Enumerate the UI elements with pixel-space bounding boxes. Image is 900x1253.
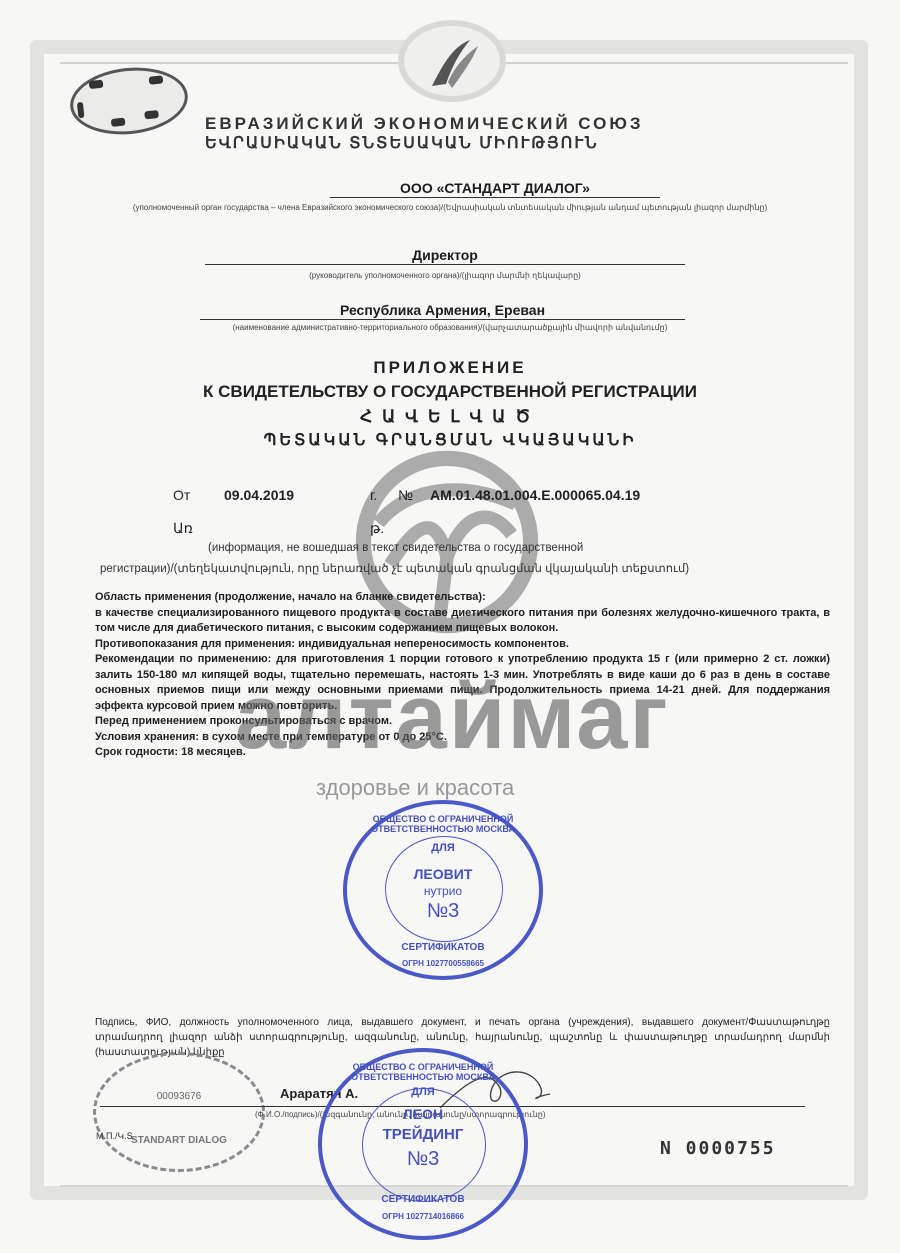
authority-organization: ООО «СТАНДАРТ ДИАЛОГ» [330,180,660,196]
form-serial-number: N 0000755 [660,1138,776,1159]
info-line-1: (информация, не вошедшая в текст свидете… [208,542,583,554]
watermark-brand: алтаймаг [235,672,670,762]
annex-title-hy: ՀԱՎԵԼՎԱԾ [0,407,900,427]
authority-location-note: (наименование административно-территориа… [110,322,790,334]
union-title-hy: ԵՎՐԱՍԻԱԿԱՆ ՏՆՏԵՍԱԿԱՆ ՄԻՈՒԹՅՈՒՆ [205,133,599,153]
authority-position: Директор [205,247,685,263]
seal-label: М.П./Կ.Տ. [96,1131,135,1142]
from-label-hy: Առ [173,520,193,537]
authority-position-note: (руководитель уполномоченного органа)/(լ… [205,270,685,282]
stamp-leon-trading: ОБЩЕСТВО С ОГРАНИЧЕННОЙ ОТВЕТСТВЕННОСТЬЮ… [318,1048,528,1240]
annex-title: ПРИЛОЖЕНИЕ [0,358,900,378]
union-title-ru: ЕВРАЗИЙСКИЙ ЭКОНОМИЧЕСКИЙ СОЮЗ [205,114,644,134]
annex-subtitle-ru: К СВИДЕТЕЛЬСТВУ О ГОСУДАРСТВЕННОЙ РЕГИСТ… [0,382,900,402]
registration-number: AM.01.48.01.004.E.000065.04.19 [430,487,640,503]
number-label: № [398,487,413,503]
authority-location: Республика Армения, Ереван [200,302,685,318]
watermark-tagline: здоровье и красота [316,775,514,801]
authority-organization-note: (уполномоченный орган государства – член… [75,202,825,214]
from-label-ru: От [173,487,190,503]
info-line-2: регистрации)/(տեղեկատվություն, որը ներառ… [100,561,689,575]
contraindications: Противопоказания для применения: индивид… [95,637,830,653]
signature-instructions: Подпись, ФИО, должность уполномоченного … [95,1015,830,1060]
year-suffix-ru: г. [370,487,377,503]
scope-text: в качестве специализированного пищевого … [95,606,830,637]
year-suffix-hy: թ. [370,520,384,537]
stamp-standart-dialog: 00093676 STANDART DIALOG [93,1052,265,1172]
registration-date: 09.04.2019 [224,487,294,503]
certificate-sheet: ЕВРАЗИЙСКИЙ ЭКОНОМИЧЕСКИЙ СОЮЗ ԵՎՐԱՍԻԱԿԱ… [0,0,900,1253]
eaeu-emblem-icon [398,20,506,102]
scope-heading: Область применения (продолжение, начало … [95,590,830,606]
stamp-leovit-nutrio: ОБЩЕСТВО С ОГРАНИЧЕННОЙ ОТВЕТСТВЕННОСТЬЮ… [343,800,543,980]
